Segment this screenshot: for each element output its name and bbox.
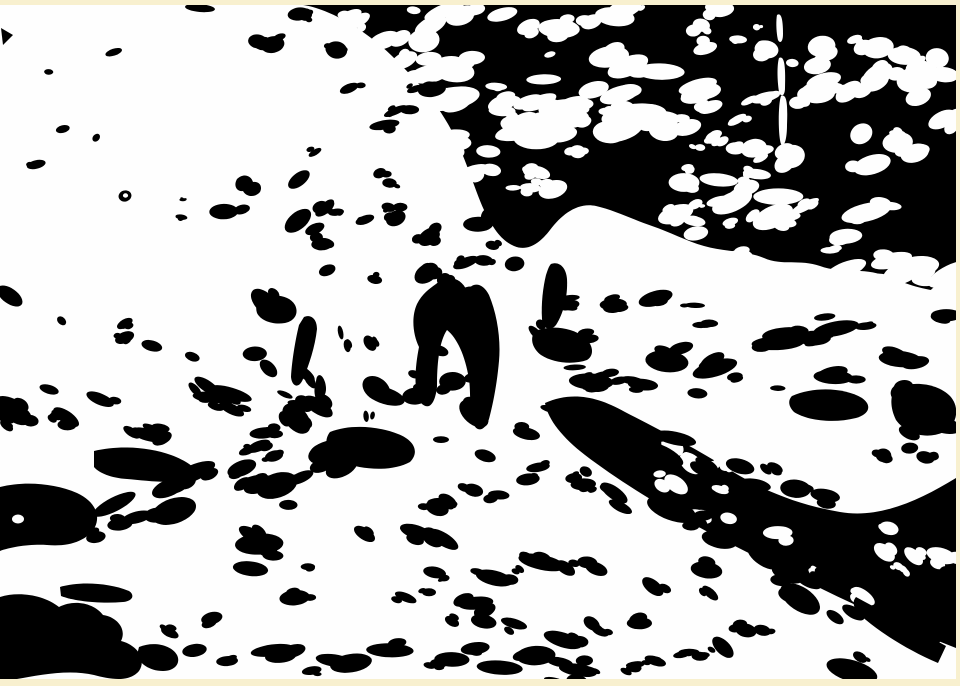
- photo-border-right: [956, 0, 960, 686]
- photo-border-top: [0, 0, 960, 5]
- pebble-ring-inner: [123, 193, 128, 197]
- photo-border-bottom: [0, 679, 960, 686]
- left-ground-mass-hole: [12, 515, 24, 524]
- tree-trunk-highlight-3: [779, 96, 788, 145]
- dalmatian-illusion-image: [0, 0, 960, 686]
- emergent-image-figure: [0, 0, 960, 686]
